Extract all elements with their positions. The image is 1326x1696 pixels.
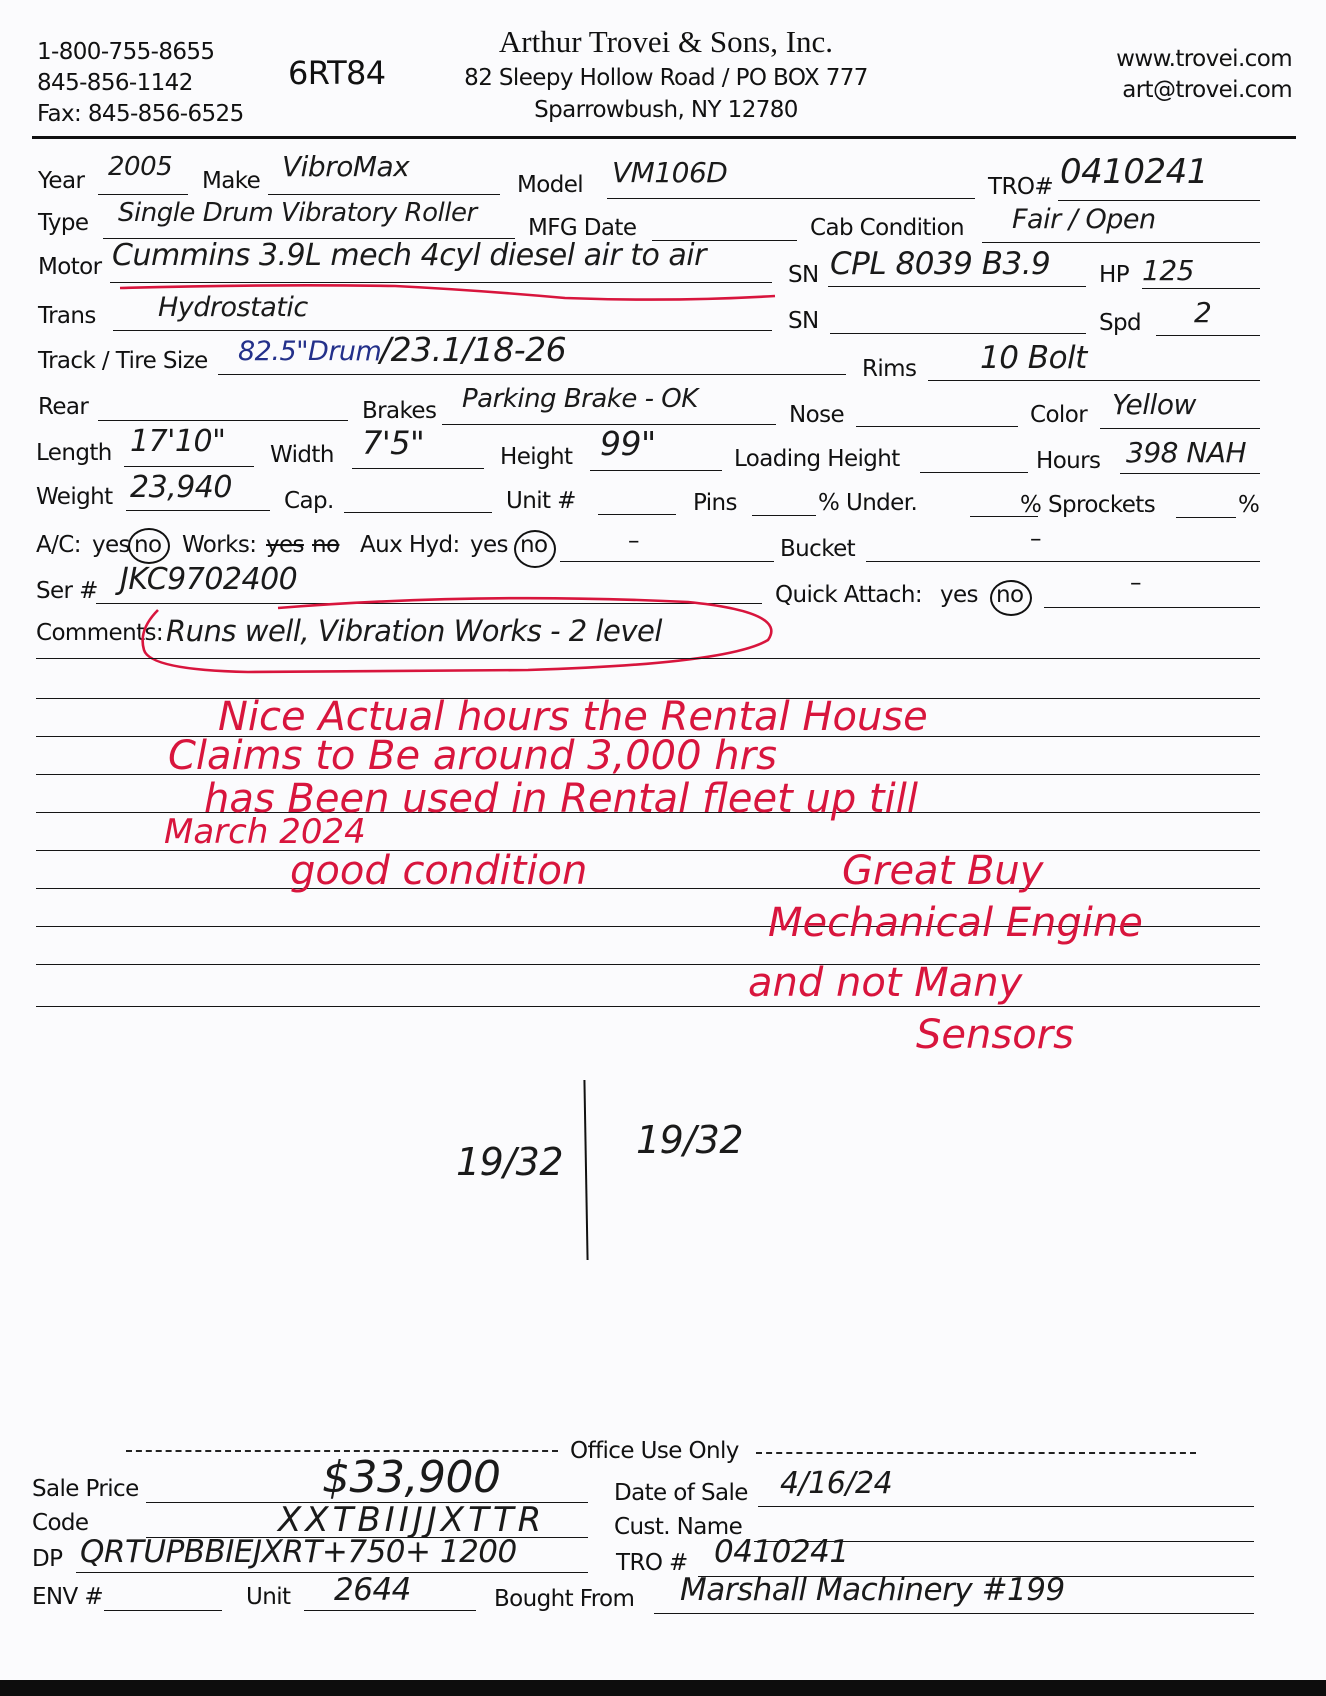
- tro-line: [1058, 200, 1260, 201]
- length-field[interactable]: 17'10": [130, 424, 225, 459]
- env-label: ENV #: [32, 1584, 103, 1610]
- sprockets-label: % Sprockets: [1020, 492, 1155, 518]
- red-circle-annotation: [128, 590, 788, 680]
- dp-line: [76, 1572, 588, 1573]
- works-label: Works:: [182, 532, 256, 558]
- year-field[interactable]: 2005: [108, 152, 172, 182]
- cab-condition-field[interactable]: Fair / Open: [1012, 204, 1156, 235]
- company-name: Arthur Trovei & Sons, Inc.: [416, 24, 916, 60]
- hp-line: [1142, 288, 1260, 289]
- unit-field[interactable]: 2644: [334, 1572, 411, 1608]
- dp-field[interactable]: QRTUPBBIEJXRT+750+ 1200: [80, 1534, 517, 1570]
- hp-label: HP: [1099, 262, 1129, 288]
- motor-sn-line: [828, 286, 1086, 287]
- length-line: [124, 466, 254, 467]
- sale-price-field[interactable]: $33,900: [322, 1452, 500, 1503]
- works-yes-option[interactable]: yes: [266, 532, 304, 558]
- width-label: Width: [270, 442, 334, 468]
- trans-sn-label: SN: [788, 308, 819, 334]
- website-link[interactable]: www.trovei.com: [1116, 44, 1292, 75]
- trans-sn-line: [830, 333, 1086, 334]
- hours-field[interactable]: 398 NAH: [1126, 436, 1246, 469]
- year-line: [98, 194, 188, 195]
- make-line: [268, 194, 500, 195]
- motor-sn-label: SN: [788, 262, 819, 288]
- rear-line: [98, 420, 348, 421]
- ac-label: A/C:: [36, 532, 81, 558]
- tro-label: TRO#: [988, 174, 1053, 200]
- loading-height-label: Loading Height: [734, 446, 900, 472]
- measurement-left: 19/32: [456, 1140, 563, 1184]
- year-label: Year: [38, 168, 84, 194]
- make-field[interactable]: VibroMax: [282, 150, 409, 183]
- unit-no-label: Unit #: [506, 488, 576, 514]
- comment-rule: [36, 1006, 1260, 1007]
- unit-no-line: [598, 514, 676, 515]
- quick-attach-label: Quick Attach:: [775, 582, 922, 608]
- spd-label: Spd: [1099, 310, 1141, 336]
- height-line: [590, 470, 722, 471]
- color-field[interactable]: Yellow: [1112, 388, 1196, 421]
- office-use-title: Office Use Only: [570, 1438, 739, 1464]
- under-label: % Under.: [818, 490, 917, 516]
- length-label: Length: [36, 440, 112, 466]
- fax-number: Fax: 845-856-6525: [37, 99, 244, 130]
- ac-yes-option[interactable]: yes: [92, 532, 130, 558]
- bought-from-line: [654, 1613, 1254, 1614]
- color-line: [1100, 428, 1260, 429]
- env-line: [104, 1610, 222, 1611]
- aux-hyd-label: Aux Hyd:: [360, 532, 460, 558]
- weight-field[interactable]: 23,940: [130, 470, 232, 505]
- address-line-2: Sparrowbush, NY 12780: [416, 94, 916, 126]
- motor-field[interactable]: Cummins 3.9L mech 4cyl diesel air to air: [112, 238, 706, 273]
- cab-condition-line: [982, 242, 1260, 243]
- quick-attach-no-selected-circle: [990, 580, 1032, 616]
- email-link[interactable]: art@trovei.com: [1116, 75, 1292, 106]
- height-label: Height: [500, 444, 572, 470]
- note-line-7: Mechanical Engine: [768, 900, 1143, 946]
- company-web: www.trovei.com art@trovei.com: [1116, 44, 1292, 106]
- hours-line: [1120, 473, 1260, 474]
- type-label: Type: [38, 210, 88, 236]
- brakes-field[interactable]: Parking Brake - OK: [462, 384, 698, 414]
- nose-label: Nose: [789, 402, 844, 428]
- bucket-label: Bucket: [780, 536, 855, 562]
- contact-phones: 1-800-755-8655 845-856-1142 Fax: 845-856…: [37, 37, 244, 130]
- motor-label: Motor: [38, 254, 101, 280]
- comment-rule: [36, 658, 1260, 659]
- rims-label: Rims: [862, 356, 916, 382]
- comment-rule: [36, 964, 1260, 965]
- weight-line: [126, 510, 270, 511]
- quick-attach-field[interactable]: –: [1130, 570, 1141, 596]
- form-code: 6RT84: [288, 54, 386, 92]
- hp-field[interactable]: 125: [1142, 254, 1194, 287]
- aux-hyd-line: [560, 561, 774, 562]
- width-line: [352, 468, 484, 469]
- address-line-1: 82 Sleepy Hollow Road / PO BOX 777: [416, 62, 916, 94]
- model-label: Model: [517, 172, 583, 198]
- scan-bottom-edge: [0, 1680, 1326, 1696]
- color-label: Color: [1030, 402, 1087, 428]
- track-tire-size-field[interactable]: /23.1/18-26: [380, 330, 566, 369]
- trans-label: Trans: [38, 303, 96, 329]
- note-line-6: Great Buy: [842, 848, 1043, 894]
- note-line-5: good condition: [290, 848, 587, 894]
- make-label: Make: [202, 168, 260, 194]
- motor-sn-field[interactable]: CPL 8039 B3.9: [830, 246, 1050, 282]
- pins-line: [752, 515, 816, 516]
- date-of-sale-line: [758, 1506, 1254, 1507]
- model-line: [607, 198, 975, 199]
- unit-label: Unit: [246, 1584, 290, 1610]
- ac-no-selected-circle: [128, 528, 170, 564]
- height-field[interactable]: 99": [600, 424, 656, 463]
- track-tire-label: Track / Tire Size: [38, 348, 208, 374]
- rims-field[interactable]: 10 Bolt: [980, 340, 1087, 376]
- measurement-right: 19/32: [636, 1118, 743, 1162]
- code-label: Code: [32, 1510, 88, 1536]
- hours-label: Hours: [1036, 448, 1100, 474]
- unit-line: [304, 1610, 476, 1611]
- quick-attach-yes-option[interactable]: yes: [940, 582, 978, 608]
- ser-label: Ser #: [36, 578, 98, 604]
- rear-label: Rear: [38, 394, 88, 420]
- weight-label: Weight: [36, 484, 113, 510]
- width-field[interactable]: 7'5": [362, 424, 424, 462]
- cap-label: Cap.: [284, 488, 334, 514]
- date-of-sale-label: Date of Sale: [614, 1480, 748, 1506]
- loading-height-line: [920, 472, 1028, 473]
- aux-hyd-no-selected-circle: [514, 530, 556, 568]
- rims-line: [928, 380, 1260, 381]
- track-tire-line: [218, 374, 846, 375]
- date-of-sale-field[interactable]: 4/16/24: [780, 1466, 892, 1501]
- nose-line: [856, 426, 1018, 427]
- spd-field[interactable]: 2: [1194, 296, 1211, 329]
- pins-label: Pins: [693, 490, 737, 516]
- bucket-line: [866, 561, 1260, 562]
- company-address: 82 Sleepy Hollow Road / PO BOX 777 Sparr…: [416, 62, 916, 126]
- dp-label: DP: [32, 1546, 62, 1572]
- model-field[interactable]: VM106D: [612, 156, 727, 189]
- brakes-label: Brakes: [362, 398, 436, 424]
- type-field[interactable]: Single Drum Vibratory Roller: [118, 198, 477, 228]
- header-divider: [32, 136, 1296, 139]
- cap-line: [344, 512, 492, 513]
- quick-attach-line: [1044, 607, 1260, 608]
- measurement-divider: [583, 1080, 588, 1260]
- sale-price-label: Sale Price: [32, 1476, 139, 1502]
- bought-from-field[interactable]: Marshall Machinery #199: [680, 1572, 1065, 1608]
- note-line-4: March 2024: [164, 812, 366, 852]
- phone-local: 845-856-1142: [37, 68, 244, 99]
- bought-from-label: Bought From: [494, 1586, 634, 1612]
- aux-hyd-yes-option[interactable]: yes: [470, 532, 508, 558]
- comment-rule: [36, 888, 1260, 889]
- office-tro-label: TRO #: [616, 1550, 688, 1576]
- tro-field[interactable]: 0410241: [1060, 152, 1208, 192]
- phone-tollfree: 1-800-755-8655: [37, 37, 244, 68]
- office-tro-field[interactable]: 0410241: [714, 1534, 849, 1570]
- sprockets-percent: %: [1238, 492, 1259, 518]
- note-line-2: Claims to Be around 3,000 hrs: [168, 733, 777, 779]
- trans-field[interactable]: Hydrostatic: [158, 292, 308, 323]
- works-no-option[interactable]: no: [312, 532, 339, 558]
- sprockets-line: [1176, 517, 1236, 518]
- note-line-9: Sensors: [916, 1012, 1074, 1058]
- spd-line: [1156, 335, 1260, 336]
- aux-hyd-field[interactable]: –: [628, 528, 639, 554]
- cab-condition-label: Cab Condition: [810, 215, 964, 241]
- track-tire-drum-field[interactable]: 82.5"Drum: [238, 336, 381, 367]
- bucket-field[interactable]: –: [1030, 526, 1041, 552]
- note-line-8: and not Many: [748, 960, 1022, 1006]
- office-dash-right: [756, 1452, 1196, 1454]
